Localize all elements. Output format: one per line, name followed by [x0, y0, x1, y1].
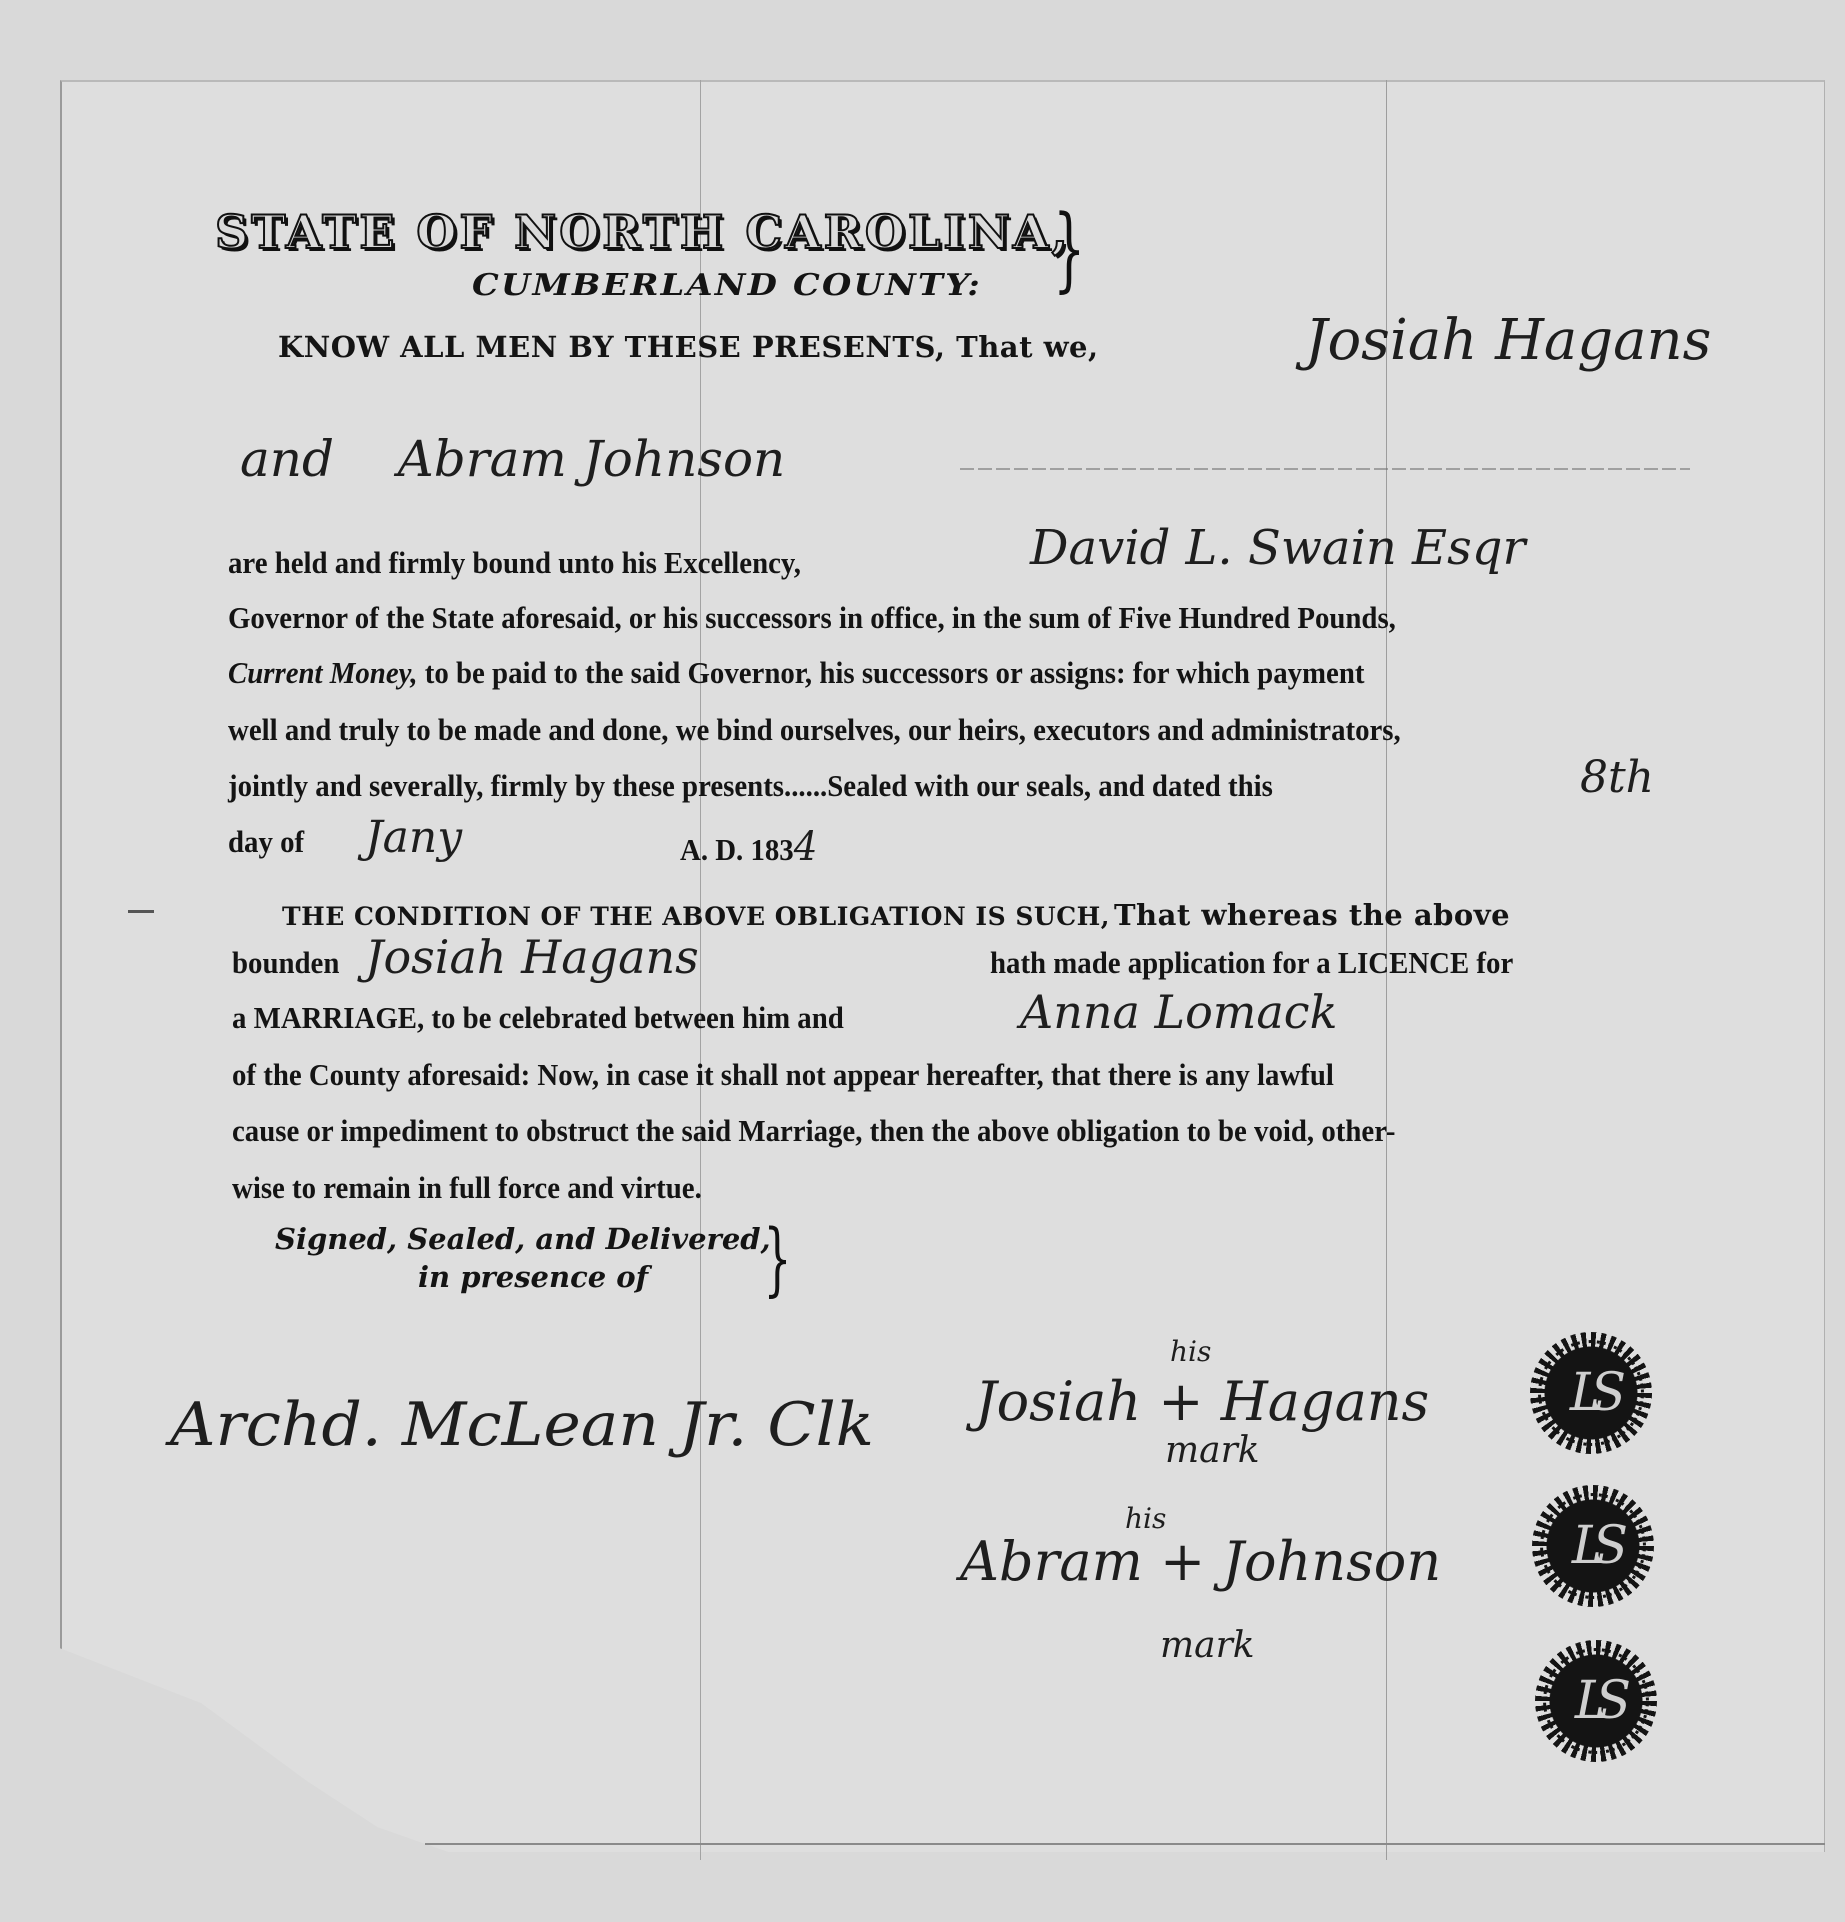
preamble-caps: KNOW ALL MEN BY THESE PRESENTS, [278, 330, 946, 364]
current-money-label: Current Money, [228, 655, 418, 690]
condition-line-3: a MARRIAGE, to be celebrated between him… [232, 1000, 844, 1036]
surety-prefix: and [240, 430, 334, 488]
paper-bottom-edge [425, 1843, 1825, 1845]
condition-line-2-rest: hath made application for a LICENCE for [990, 945, 1513, 981]
surety-line-handwritten: and Abram Johnson [240, 430, 785, 488]
condition-caps: THE CONDITION OF THE ABOVE OBLIGATION IS… [282, 902, 1110, 931]
condition-line-6: wise to remain in full force and virtue. [232, 1170, 702, 1206]
year-line: A. D. 1834 [680, 824, 817, 870]
condition-line-4: of the County aforesaid: Now, in case it… [232, 1057, 1334, 1093]
brace-icon: } [1053, 195, 1085, 302]
mark-cross-icon: + [1158, 1370, 1203, 1433]
preamble-rest: That we, [956, 330, 1098, 364]
signer-last-name: Hagans [1221, 1370, 1430, 1433]
condition-rest: That whereas the above [1114, 898, 1510, 932]
mark-label-1: mark [1165, 1430, 1260, 1471]
signer-first-name: Josiah [975, 1370, 1141, 1433]
seal-monogram: LS [1575, 1671, 1617, 1731]
governor-name-handwritten: David L. Swain Esqr [1030, 520, 1525, 576]
bride-name-handwritten: Anna Lomack [1020, 985, 1337, 1039]
bond-line-6: day of [228, 824, 304, 860]
year-prefix: A. D. 183 [680, 832, 794, 867]
seal-monogram: LS [1570, 1363, 1612, 1423]
mark-label-2: mark [1160, 1625, 1255, 1666]
preamble-line: KNOW ALL MEN BY THESE PRESENTS, That we, [278, 330, 1099, 364]
day-handwritten: 8th [1580, 752, 1654, 803]
condition-line-2: bounden [232, 945, 339, 981]
brace-icon: } [763, 1212, 791, 1305]
bond-line-3-rest: to be paid to the said Governor, his suc… [425, 655, 1365, 690]
condition-line-5: cause or impediment to obstruct the said… [232, 1113, 1396, 1149]
day-of-label: day of [228, 824, 304, 859]
margin-mark [128, 910, 154, 913]
signature-abram: Abram + Johnson [960, 1530, 1441, 1593]
seal-monogram: LS [1572, 1516, 1614, 1576]
condition-line-1: THE CONDITION OF THE ABOVE OBLIGATION IS… [282, 898, 1510, 932]
bond-line-5: jointly and severally, firmly by these p… [228, 768, 1273, 804]
signer-first-name: Abram [960, 1530, 1143, 1593]
bond-line-3: Current Money, to be paid to the said Go… [228, 655, 1364, 691]
surety-name: Abram Johnson [398, 430, 786, 488]
bond-line-2: Governor of the State aforesaid, or his … [228, 600, 1396, 636]
state-heading: STATE OF NORTH CAROLINA, [215, 205, 1071, 259]
signer-last-name: Johnson [1222, 1530, 1441, 1593]
bounden-label: bounden [232, 945, 339, 980]
in-presence-of: in presence of [418, 1260, 648, 1294]
principal-name-handwritten: Josiah Hagans [1305, 308, 1711, 373]
signature-josiah: Josiah + Hagans [975, 1370, 1429, 1433]
bond-line-1: are held and firmly bound unto his Excel… [228, 545, 801, 581]
signed-sealed-delivered: Signed, Sealed, and Delivered, [275, 1222, 771, 1256]
bond-line-4: well and truly to be made and done, we b… [228, 712, 1401, 748]
mark-cross-icon: + [1160, 1530, 1205, 1593]
wax-seal-icon: LS [1530, 1332, 1652, 1454]
bounden-name-handwritten: Josiah Hagans [365, 930, 699, 984]
his-label-1: his [1170, 1335, 1211, 1368]
witness-signature: Archd. McLean Jr. Clk [170, 1390, 874, 1460]
year-suffix-handwritten: 4 [794, 824, 818, 870]
month-handwritten: Jany [365, 812, 462, 863]
fill-line [960, 468, 1690, 470]
wax-seal-icon: LS [1535, 1640, 1657, 1762]
county-heading: CUMBERLAND COUNTY: [472, 268, 982, 303]
wax-seal-icon: LS [1532, 1485, 1654, 1607]
